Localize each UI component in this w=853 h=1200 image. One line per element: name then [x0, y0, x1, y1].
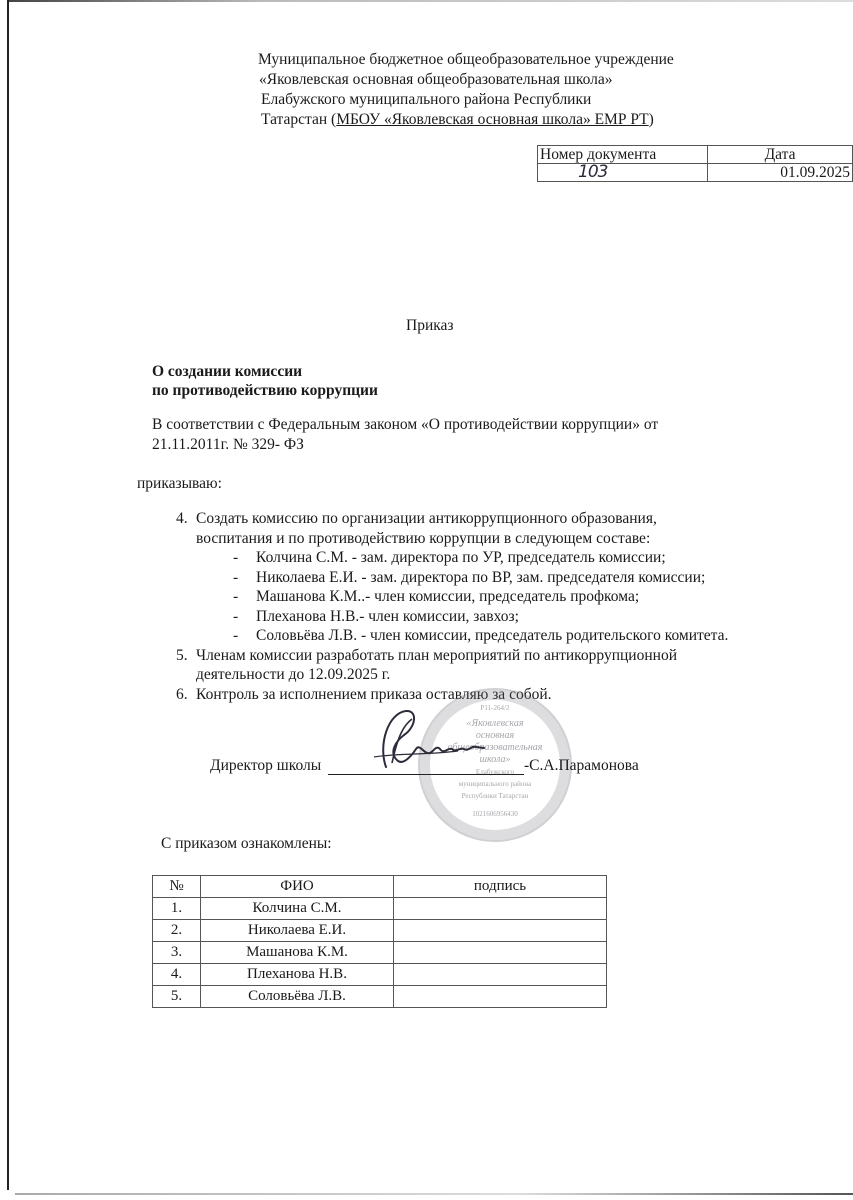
document-title: Приказ — [406, 317, 454, 335]
table-row: 4. Плеханова Н.В. — [153, 964, 607, 986]
subject-line-2: по противодействию коррупции — [152, 381, 378, 400]
row-number: 2. — [153, 920, 201, 942]
member-text: Соловьёва Л.В. - член комиссии, председа… — [256, 627, 728, 644]
dash-bullet: - — [233, 626, 238, 646]
document-meta-header-row: Номер документа Дата — [538, 146, 853, 164]
row-name: Соловьёва Л.В. — [201, 986, 394, 1008]
document-meta-table: Номер документа Дата 103 01.09.2025 — [537, 145, 853, 182]
header-line-1: Муниципальное бюджетное общеобразователь… — [258, 50, 674, 70]
row-signature — [394, 986, 607, 1008]
member-list-item: -Колчина С.М. - зам. директора по УР, пр… — [176, 548, 728, 568]
document-number-value: 103 — [538, 164, 708, 182]
member-text: Николаева Е.И. - зам. директора по ВР, з… — [256, 569, 705, 586]
header-line-4-end: ) — [649, 111, 654, 128]
table-row: 2. Николаева Е.И. — [153, 920, 607, 942]
header-line-2: «Яковлевская основная общеобразовательна… — [259, 70, 612, 90]
order-item-5: 5.Членам комиссии разработать план мероп… — [176, 646, 728, 666]
acknowledgment-table: № ФИО подпись 1. Колчина С.М. 2. Николае… — [152, 875, 607, 1008]
member-list-item: -Плеханова Н.В.- член комиссии, завхоз; — [176, 607, 728, 627]
stamp-region-line-3: Республики Татарстан — [420, 790, 570, 802]
row-number: 4. — [153, 964, 201, 986]
row-name: Машанова К.М. — [201, 942, 394, 964]
item-text-line-1: Создать комиссию по организации антикорр… — [196, 510, 657, 527]
table-row: 5. Соловьёва Л.В. — [153, 986, 607, 1008]
member-text: Машанова К.М..- член комиссии, председат… — [256, 588, 639, 605]
document-date-value: 01.09.2025 — [708, 164, 853, 182]
stamp-region-line-2: муниципального района — [420, 778, 570, 790]
member-list-item: -Николаева Е.И. - зам. директора по ВР, … — [176, 568, 728, 588]
row-number: 1. — [153, 898, 201, 920]
member-list-item: -Соловьёва Л.В. - член комиссии, председ… — [176, 626, 728, 646]
director-signature — [368, 705, 498, 775]
order-items: 4.Создать комиссию по организации антико… — [176, 509, 728, 704]
document-subject: О создании комиссии по противодействию к… — [152, 362, 378, 400]
director-label: Директор школы — [210, 757, 321, 775]
row-name: Николаева Е.И. — [201, 920, 394, 942]
row-signature — [394, 898, 607, 920]
member-text: Плеханова Н.В.- член комиссии, завхоз; — [256, 608, 519, 625]
header-number: № — [153, 876, 201, 898]
dash-bullet: - — [233, 587, 238, 607]
subject-line-1: О создании комиссии — [152, 362, 378, 381]
header-signature: подпись — [394, 876, 607, 898]
order-word: приказываю: — [137, 475, 222, 493]
order-item-4: 4.Создать комиссию по организации антико… — [176, 509, 728, 529]
header-name: ФИО — [201, 876, 394, 898]
header-line-3: Елабужского муниципального района Респуб… — [261, 90, 591, 110]
stamp-reg-number: 1021606956430 — [420, 808, 570, 820]
row-name: Плеханова Н.В. — [201, 964, 394, 986]
basis-line-1: В соответствии с Федеральным законом «О … — [152, 415, 658, 435]
acknowledgment-label: С приказом ознакомлены: — [161, 835, 332, 853]
item-number: 6. — [176, 685, 196, 705]
document-meta-value-row: 103 01.09.2025 — [538, 164, 853, 182]
member-text: Колчина С.М. - зам. директора по УР, пре… — [256, 549, 666, 566]
org-short-name: МБОУ «Яковлевская основная школа» ЕМР РТ — [336, 111, 648, 128]
document-date-label: Дата — [708, 146, 853, 164]
row-number: 3. — [153, 942, 201, 964]
row-signature — [394, 964, 607, 986]
header-line-4-start: Татарстан ( — [261, 111, 336, 128]
dash-bullet: - — [233, 548, 238, 568]
order-item-4-continued: воспитания и по противодействию коррупци… — [176, 529, 728, 549]
dash-bullet: - — [233, 607, 238, 627]
item-text-line-1: Членам комиссии разработать план меропри… — [196, 647, 677, 664]
legal-basis: В соответствии с Федеральным законом «О … — [152, 415, 658, 455]
order-item-5-continued: деятельности до 12.09.2025 г. — [176, 665, 728, 685]
table-header-row: № ФИО подпись — [153, 876, 607, 898]
table-row: 1. Колчина С.М. — [153, 898, 607, 920]
row-name: Колчина С.М. — [201, 898, 394, 920]
basis-line-2: 21.11.2011г. № 329- ФЗ — [152, 435, 658, 455]
dash-bullet: - — [233, 568, 238, 588]
row-signature — [394, 920, 607, 942]
row-number: 5. — [153, 986, 201, 1008]
member-list-item: -Машанова К.М..- член комиссии, председа… — [176, 587, 728, 607]
header-line-4: Татарстан (МБОУ «Яковлевская основная шк… — [261, 110, 654, 130]
item-number: 5. — [176, 646, 196, 666]
signature-line — [328, 774, 524, 775]
scan-edge-bottom — [15, 1193, 853, 1195]
table-row: 3. Машанова К.М. — [153, 942, 607, 964]
scan-edge-top — [9, 0, 853, 2]
scan-edge-left — [7, 0, 9, 1190]
item-number: 4. — [176, 509, 196, 529]
document-number-label: Номер документа — [538, 146, 708, 164]
row-signature — [394, 942, 607, 964]
director-name: -С.А.Парамонова — [524, 757, 639, 775]
